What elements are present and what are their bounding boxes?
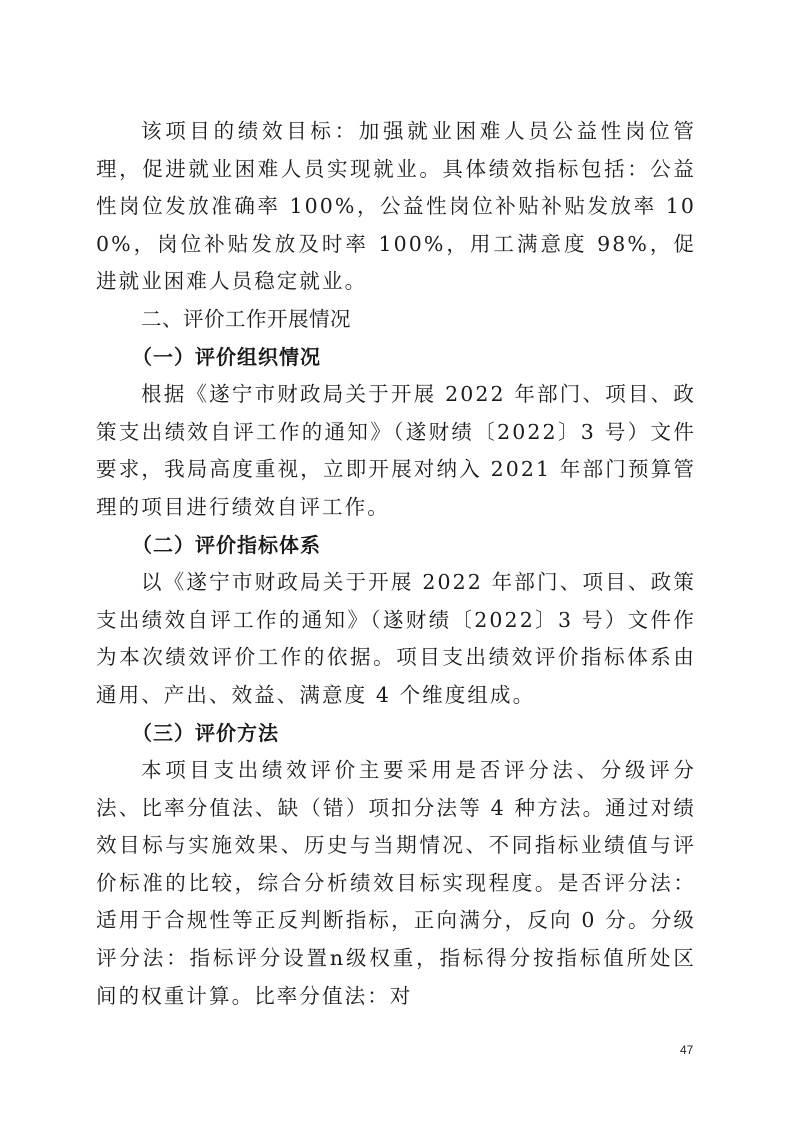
subsection-heading-indicator-system: （二）评价指标体系 [96,527,696,565]
paragraph-performance-goal: 该项目的绩效目标：加强就业困难人员公益性岗位管理，促进就业困难人员实现就业。具体… [96,113,696,301]
page-content: 该项目的绩效目标：加强就业困难人员公益性岗位管理，促进就业困难人员实现就业。具体… [96,113,696,1015]
paragraph-indicator-system: 以《遂宁市财政局关于开展 2022 年部门、项目、政策支出绩效自评工作的通知》（… [96,564,696,714]
subsection-heading-organization: （一）评价组织情况 [96,339,696,377]
subsection-heading-method: （三）评价方法 [96,715,696,753]
page-number: 47 [680,1043,693,1057]
paragraph-evaluation-organization: 根据《遂宁市财政局关于开展 2022 年部门、项目、政策支出绩效自评工作的通知》… [96,376,696,526]
section-heading-evaluation-work: 二、评价工作开展情况 [96,301,696,339]
paragraph-evaluation-method: 本项目支出绩效评价主要采用是否评分法、分级评分法、比率分值法、缺（错）项扣分法等… [96,752,696,1015]
document-page: 该项目的绩效目标：加强就业困难人员公益性岗位管理，促进就业困难人员实现就业。具体… [0,0,794,1122]
